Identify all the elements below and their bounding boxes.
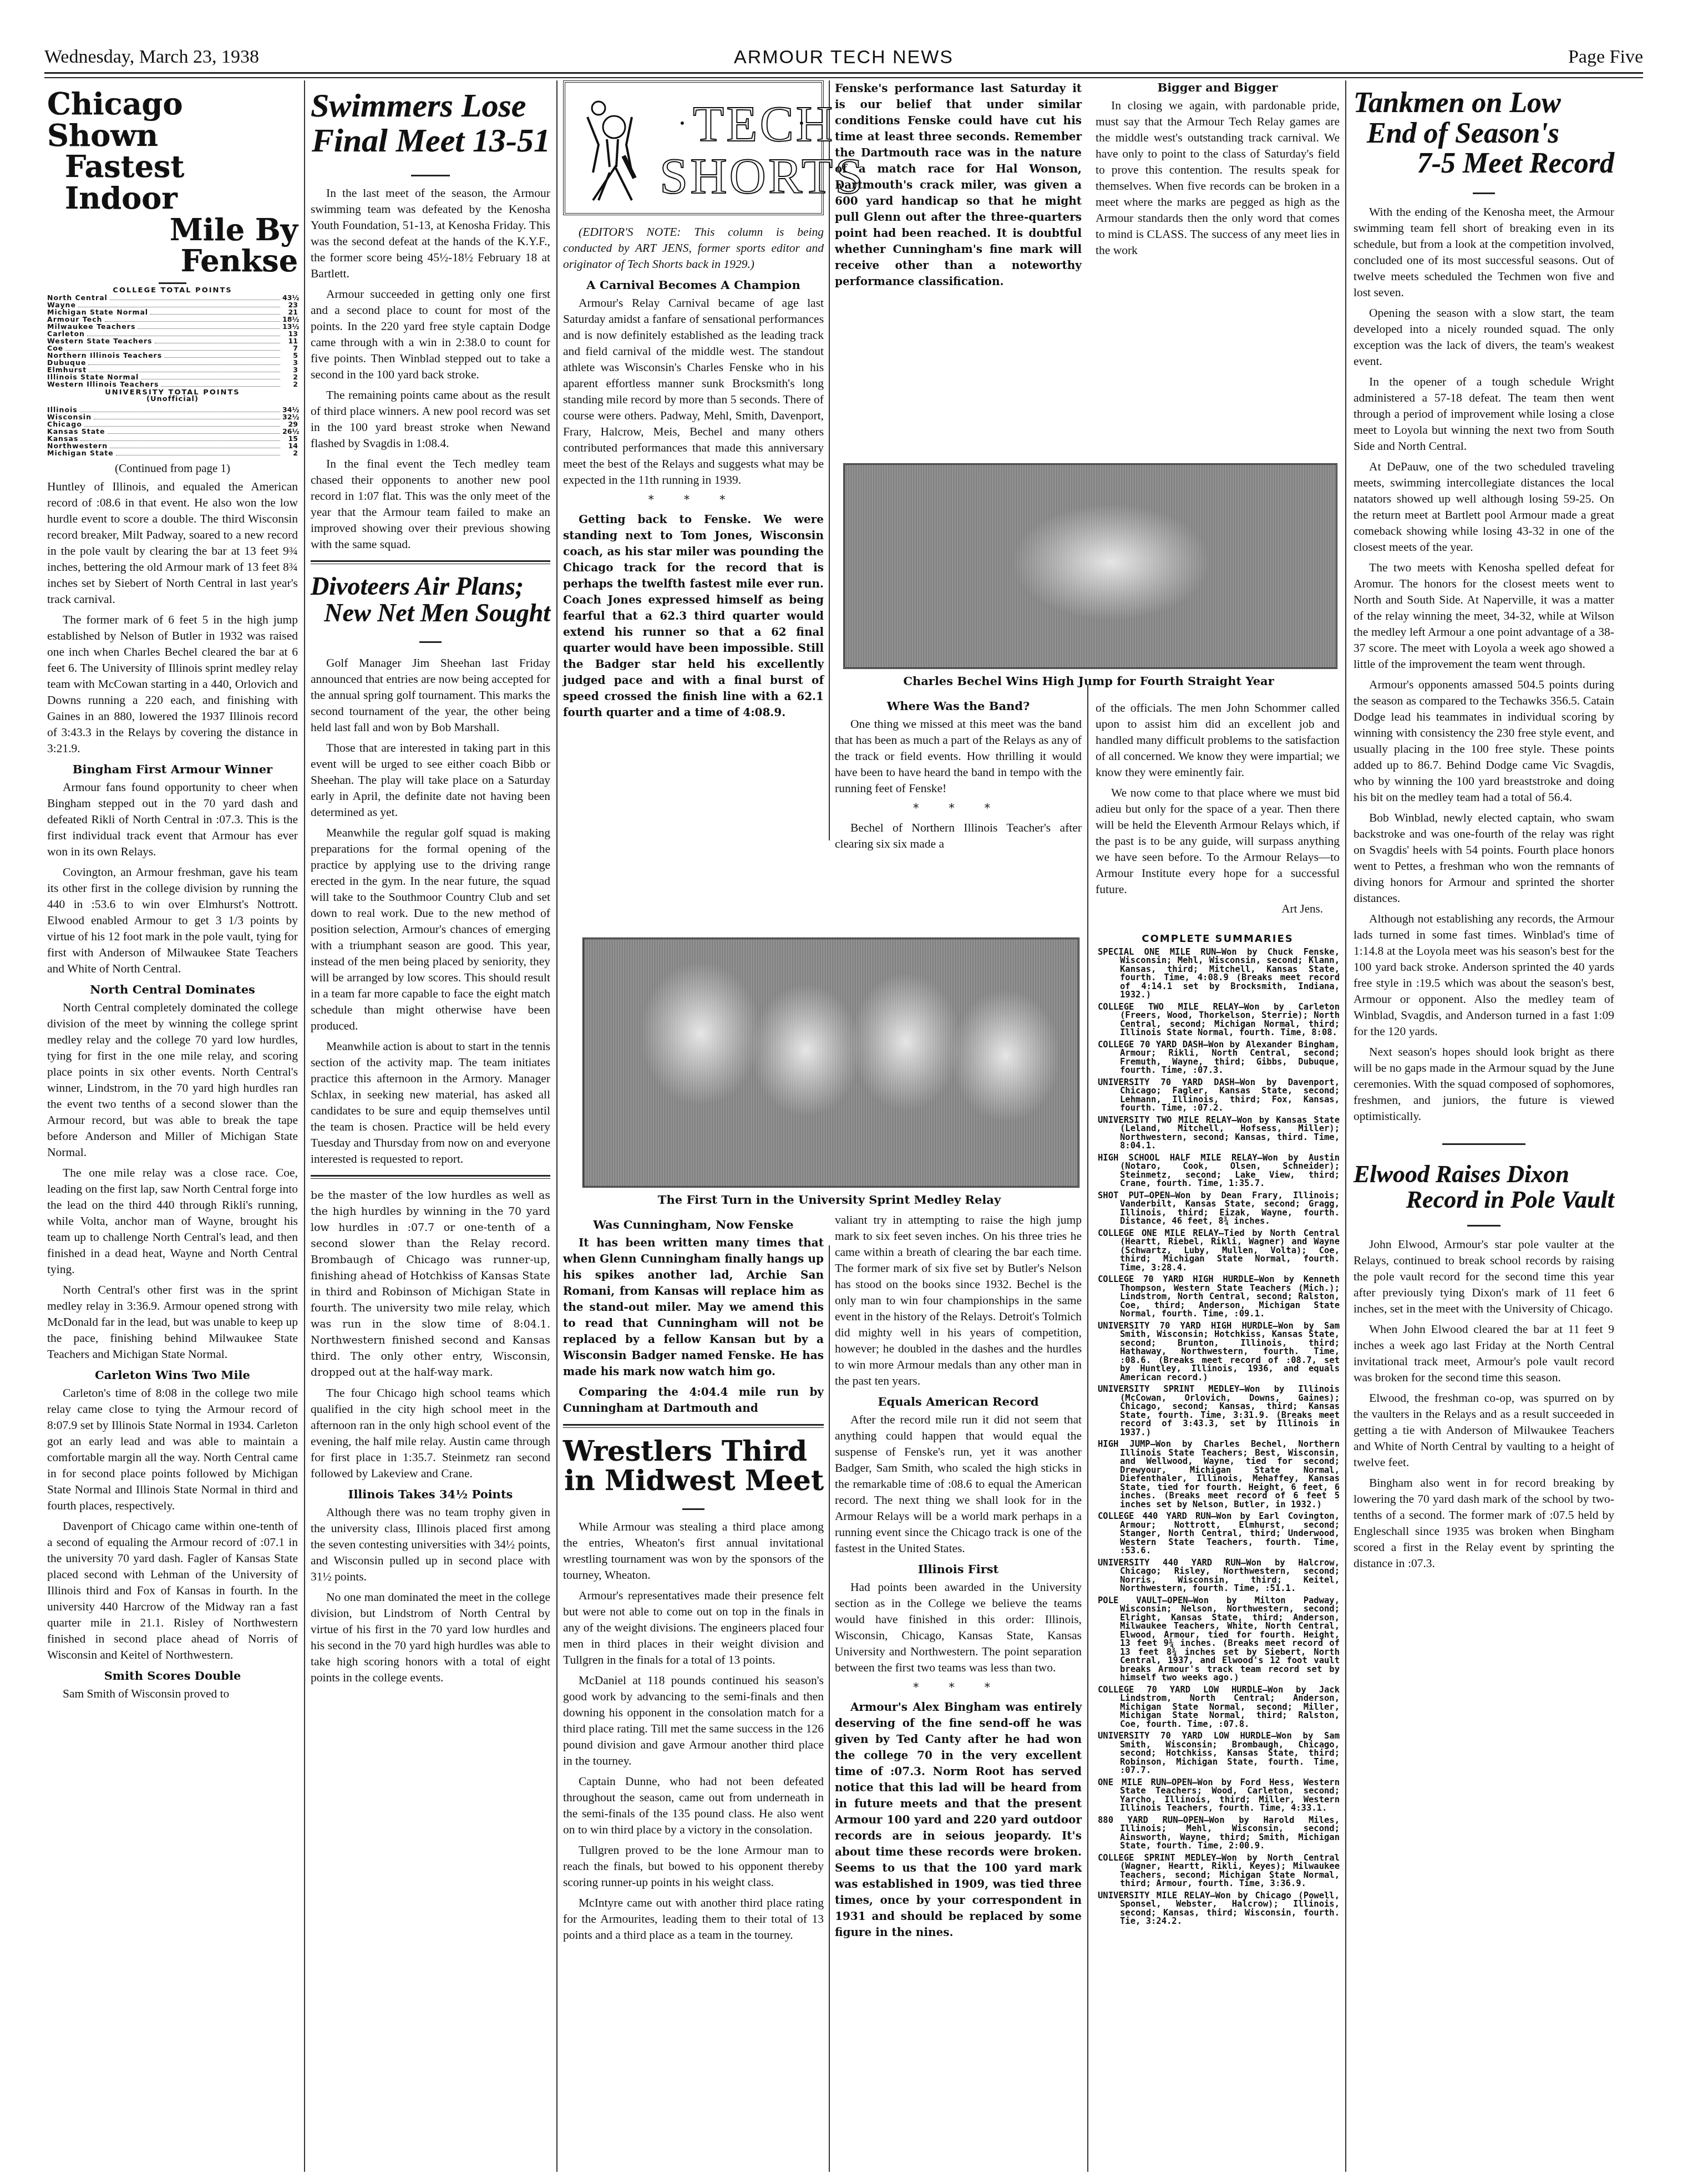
headline: Elwood Raises Dixon Record in Pole Vault [1354, 1162, 1614, 1213]
headline: Swimmers Lose Final Meet 13-51 [311, 88, 550, 158]
paragraph: Bechel of Northern Illinois Teacher's af… [835, 820, 1082, 852]
divider [1467, 1225, 1501, 1227]
subhead: Carleton Wins Two Mile [47, 1368, 298, 1382]
divider [419, 641, 442, 643]
summary-item: ONE MILE RUN—OPEN—Won by Ford Hess, West… [1096, 1778, 1340, 1813]
subhead: Illinois Takes 34½ Points [311, 1487, 550, 1501]
summary-item: COLLEGE ONE MILE RELAY—Tied by North Cen… [1096, 1229, 1340, 1273]
points-row: North Central43½ [47, 295, 298, 302]
college-points-table: COLLEGE TOTAL POINTS North Central43½Way… [47, 287, 298, 457]
summary-item: 880 YARD RUN—OPEN—Won by Harold Miles, I… [1096, 1816, 1340, 1851]
leader-dots [141, 379, 280, 379]
photo-bechel-high-jump [843, 463, 1337, 669]
subhead: A Carnival Becomes A Champion [563, 278, 824, 292]
leader-dots [84, 426, 280, 427]
summary-item: UNIVERSITY SPRINT MEDLEY—Won by Illinois… [1096, 1385, 1340, 1437]
paragraph: One thing we missed at this meet was the… [835, 716, 1082, 797]
summary-item: UNIVERSITY 440 YARD RUN—Won by Halcrow, … [1096, 1559, 1340, 1593]
paragraph: of the officials. The men John Schommer … [1096, 700, 1340, 781]
paragraph: Meanwhile action is about to start in th… [311, 1038, 550, 1167]
leader-dots [88, 364, 280, 365]
headline: Wrestlers Third in Midwest Meet [563, 1437, 824, 1495]
divider [1442, 1143, 1525, 1145]
paragraph: Although not establishing any records, t… [1354, 911, 1614, 1040]
tech-shorts-col4-lower: valiant try in attempting to raise the h… [835, 1212, 1082, 1945]
paragraph: When John Elwood cleared the bar at 11 f… [1354, 1321, 1614, 1386]
headline: Chicago Shown Fastest Indoor Mile By Fen… [47, 88, 298, 277]
divider [1473, 192, 1495, 194]
paragraph: Armour's representatives made their pres… [563, 1588, 824, 1668]
signature: Art Jens. [1096, 902, 1340, 916]
tech-shorts-logo: TECH SHORTS • • [563, 80, 824, 215]
paragraph: In the last meet of the season, the Armo… [311, 185, 550, 282]
bullet-icon: • [798, 117, 805, 130]
column-6: Tankmen on Low End of Season's 7-5 Meet … [1354, 80, 1614, 1576]
column-rule [1345, 80, 1346, 2172]
points-row: Western Illinois Teachers2 [47, 381, 298, 388]
leader-dots [80, 412, 280, 412]
paragraph: Bob Winblad, newly elected captain, who … [1354, 810, 1614, 906]
points-row: Michigan State2 [47, 450, 298, 457]
photo-caption: The First Turn in the University Sprint … [563, 1193, 1096, 1207]
masthead-rule [44, 72, 1643, 78]
page-number: Page Five [1568, 47, 1643, 68]
paragraph: Elwood, the freshman co-op, was spurred … [1354, 1390, 1614, 1471]
paragraph: be the master of the low hurdles as well… [311, 1188, 550, 1381]
paragraph: Davenport of Chicago came within one-ten… [47, 1518, 298, 1663]
officials-section: of the officials. The men John Schommer … [1096, 700, 1340, 1929]
complete-summaries: COMPLETE SUMMARIES SPECIAL ONE MILE RUN—… [1096, 935, 1340, 1926]
paragraph: The two meets with Kenosha spelled defea… [1354, 560, 1614, 672]
divider [159, 282, 186, 284]
article-chicago-fastest-mile: Chicago Shown Fastest Indoor Mile By Fen… [47, 80, 298, 1706]
column-rule [829, 1245, 830, 2172]
points-row: Western State Teachers11 [47, 338, 298, 345]
paragraph: Getting back to Fenske. We were standing… [563, 511, 824, 721]
paragraph: The remaining points came about as the r… [311, 387, 550, 452]
headline: Tankmen on Low End of Season's 7-5 Meet … [1354, 88, 1614, 179]
leader-dots [108, 433, 280, 434]
leader-dots [80, 440, 280, 441]
leader-dots [116, 455, 280, 455]
team-points: 2 [282, 450, 298, 457]
subhead: Bingham First Armour Winner [47, 762, 298, 776]
subhead: Equals American Record [835, 1395, 1082, 1408]
paragraph: Armour fans found opportunity to cheer w… [47, 779, 298, 860]
points-row: Kansas State26½ [47, 428, 298, 435]
summary-item: UNIVERSITY TWO MILE RELAY—Won by Kansas … [1096, 1116, 1340, 1151]
summary-item: COLLEGE 70 YARD LOW HURDLE—Won by Jack L… [1096, 1686, 1340, 1729]
paragraph: With the ending of the Kenosha meet, the… [1354, 204, 1614, 301]
paragraph: Captain Dunne, who had not been defeated… [563, 1773, 824, 1838]
bullet-icon: • [679, 117, 686, 130]
team-name: Western Illinois Teachers [47, 381, 159, 388]
subhead: Smith Scores Double [47, 1669, 298, 1683]
paragraph: North Central completely dominated the c… [47, 1000, 298, 1161]
summary-item: COLLEGE 440 YARD RUN—Won by Earl Covingt… [1096, 1512, 1340, 1555]
paragraph: The former mark of 6 feet 5 in the high … [47, 612, 298, 757]
tech-shorts-title-top: TECH [693, 98, 835, 149]
summary-item: UNIVERSITY 70 YARD HIGH HURDLE—Won by Sa… [1096, 1322, 1340, 1382]
summary-item: UNIVERSITY MILE RELAY—Won by Chicago (Po… [1096, 1892, 1340, 1926]
subhead: Illinois First [835, 1562, 1082, 1576]
paragraph: Covington, an Armour freshman, gave his … [47, 864, 298, 977]
article-tankmen: Tankmen on Low End of Season's 7-5 Meet … [1354, 88, 1614, 1124]
leader-dots [164, 357, 280, 358]
team-name: Michigan State [47, 450, 114, 457]
leader-dots [110, 448, 280, 448]
paragraph: Comparing the 4:04.4 mile run by Cunning… [563, 1384, 824, 1416]
paragraph: It has been written many times that when… [563, 1235, 824, 1380]
column-rule [556, 80, 557, 2172]
masthead: Wednesday, March 23, 1938 ARMOUR TECH NE… [44, 43, 1643, 69]
leader-dots [150, 314, 280, 315]
continued-note: (Continued from page 1) [47, 462, 298, 475]
paragraph: Opening the season with a slow start, th… [1354, 305, 1614, 369]
column-rule [304, 80, 305, 2172]
paragraph: Armour's Relay Carnival became of age la… [563, 295, 824, 488]
section-stars: * * * [835, 1680, 1082, 1694]
section-stars: * * * [835, 801, 1082, 814]
photo-caption: Charles Bechel Wins High Jump for Fourth… [835, 674, 1342, 688]
paragraph: At DePauw, one of the two scheduled trav… [1354, 459, 1614, 555]
paragraph: valiant try in attempting to raise the h… [835, 1212, 1082, 1389]
leader-dots [138, 328, 280, 329]
paragraph: Although there was no team trophy given … [311, 1504, 550, 1585]
headline: Divoteers Air Plans; New Net Men Sought [311, 573, 550, 627]
paragraph: John Elwood, Armour's star pole vaulter … [1354, 1237, 1614, 1317]
section-rule [311, 560, 550, 564]
editors-note: (EDITOR'S NOTE: This column is being con… [563, 224, 824, 272]
column-rule [1087, 685, 1088, 2172]
article-elwood: Elwood Raises Dixon Record in Pole Vault… [1354, 1162, 1614, 1572]
divider [682, 1508, 704, 1510]
paragraph: Tullgren proved to be the lone Armour ma… [563, 1842, 824, 1891]
paragraph: After the record mile run it did not see… [835, 1412, 1082, 1557]
paragraph: Those that are interested in taking part… [311, 740, 550, 820]
paragraph: Had points been awarded in the Universit… [835, 1579, 1082, 1676]
leader-dots [89, 372, 280, 372]
paragraph: In the final event the Tech medley team … [311, 456, 550, 553]
paragraph: Next season's hopes should look bright a… [1354, 1044, 1614, 1124]
summary-item: UNIVERSITY 70 YARD DASH—Won by Davenport… [1096, 1078, 1340, 1113]
section-stars: * * * [563, 493, 824, 506]
paragraph: McIntyre came out with another third pla… [563, 1895, 824, 1943]
subhead: North Central Dominates [47, 982, 298, 996]
leader-dots [65, 350, 280, 351]
newspaper-name: ARMOUR TECH NEWS [44, 47, 1643, 68]
article-swimmers-lose: Swimmers Lose Final Meet 13-51 In the la… [311, 88, 550, 553]
paragraph: In closing we again, with pardonable pri… [1096, 98, 1340, 259]
tech-shorts-col4-top: Fenske's performance last Saturday it is… [835, 80, 1082, 294]
paragraph: Armour succeeded in getting only one fir… [311, 286, 550, 383]
section-rule [563, 1424, 824, 1428]
summary-item: COLLEGE SPRINT MEDLEY—Won by North Centr… [1096, 1854, 1340, 1888]
leader-dots [78, 307, 280, 307]
article-wrestlers: Wrestlers Third in Midwest Meet While Ar… [563, 1437, 824, 1943]
paragraph: We now come to that place where we must … [1096, 785, 1340, 898]
paragraph: Fenske's performance last Saturday it is… [835, 80, 1082, 290]
photo-sprint-medley-relay [582, 938, 1079, 1188]
summary-item: COLLEGE 70 YARD HIGH HURDLE—Won by Kenne… [1096, 1275, 1340, 1319]
summary-item: COLLEGE 70 YARD DASH—Won by Alexander Bi… [1096, 1041, 1340, 1075]
paragraph: Armour's Alex Bingham was entirely deser… [835, 1699, 1082, 1940]
paragraph: While Armour was stealing a third place … [563, 1519, 824, 1583]
paragraph: Sam Smith of Wisconsin proved to [47, 1686, 298, 1702]
leader-dots [87, 336, 280, 336]
paragraph: Meanwhile the regular golf squad is maki… [311, 825, 550, 1034]
paragraph: The four Chicago high school teams which… [311, 1385, 550, 1482]
paragraph: McDaniel at 118 pounds continued his sea… [563, 1673, 824, 1769]
section-rule [311, 1175, 550, 1179]
paragraph: Huntley of Illinois, and equaled the Ame… [47, 479, 298, 607]
leader-dots [110, 300, 280, 300]
tech-shorts-column: TECH SHORTS • • (EDITOR'S NOTE: This col… [563, 80, 824, 725]
paragraph: In the opener of a tough schedule Wright… [1354, 374, 1614, 454]
band-section: Where Was the Band? One thing we missed … [835, 693, 1082, 857]
paragraph: Golf Manager Jim Sheehan last Friday ann… [311, 655, 550, 736]
leader-dots [105, 321, 280, 322]
summary-item: SPECIAL ONE MILE RUN—Won by Chuck Fenske… [1096, 948, 1340, 1000]
summary-item: HIGH JUMP—Won by Charles Bechel, Norther… [1096, 1440, 1340, 1509]
team-points: 2 [282, 381, 298, 388]
leader-dots [94, 419, 280, 419]
paragraph: Carleton's time of 8:08 in the college t… [47, 1385, 298, 1514]
paragraph: Armour's opponents amassed 504.5 points … [1354, 677, 1614, 805]
leader-dots [155, 343, 280, 343]
paragraph: North Central's other first was in the s… [47, 1282, 298, 1362]
column-2: Swimmers Lose Final Meet 13-51 In the la… [311, 80, 550, 1690]
cunningham-section: Was Cunningham, Now Fenske It has been w… [563, 1212, 824, 1948]
divider [411, 175, 450, 176]
summary-item: SHOT PUT—OPEN—Won by Dean Frary, Illinoi… [1096, 1192, 1340, 1226]
summary-item: UNIVERSITY 70 YARD LOW HURDLE—Won by Sam… [1096, 1732, 1340, 1775]
subhead: Was Cunningham, Now Fenske [563, 1218, 824, 1232]
article-divoteers: Divoteers Air Plans; New Net Men Sought … [311, 573, 550, 1167]
paragraph: Bingham also went in for record breaking… [1354, 1475, 1614, 1572]
summary-item: POLE VAULT—OPEN—Won by Milton Padway, Wi… [1096, 1597, 1340, 1683]
cartoon-figure-icon [576, 95, 637, 206]
paragraph: The one mile relay was a close race. Coe… [47, 1165, 298, 1278]
summary-item: HIGH SCHOOL HALF MILE RELAY—Won by Austi… [1096, 1154, 1340, 1188]
points-row: Wisconsin32½ [47, 414, 298, 421]
subhead: Bigger and Bigger [1096, 80, 1340, 94]
leader-dots [161, 386, 280, 387]
paragraph: No one man dominated the meet in the col… [311, 1589, 550, 1686]
summary-item: COLLEGE TWO MILE RELAY—Won by Carleton (… [1096, 1003, 1340, 1037]
subhead: Where Was the Band? [835, 699, 1082, 713]
tech-shorts-col5-top: Bigger and Bigger In closing we again, w… [1096, 80, 1340, 263]
continued-track-story: be the master of the low hurdles as well… [311, 1188, 550, 1686]
